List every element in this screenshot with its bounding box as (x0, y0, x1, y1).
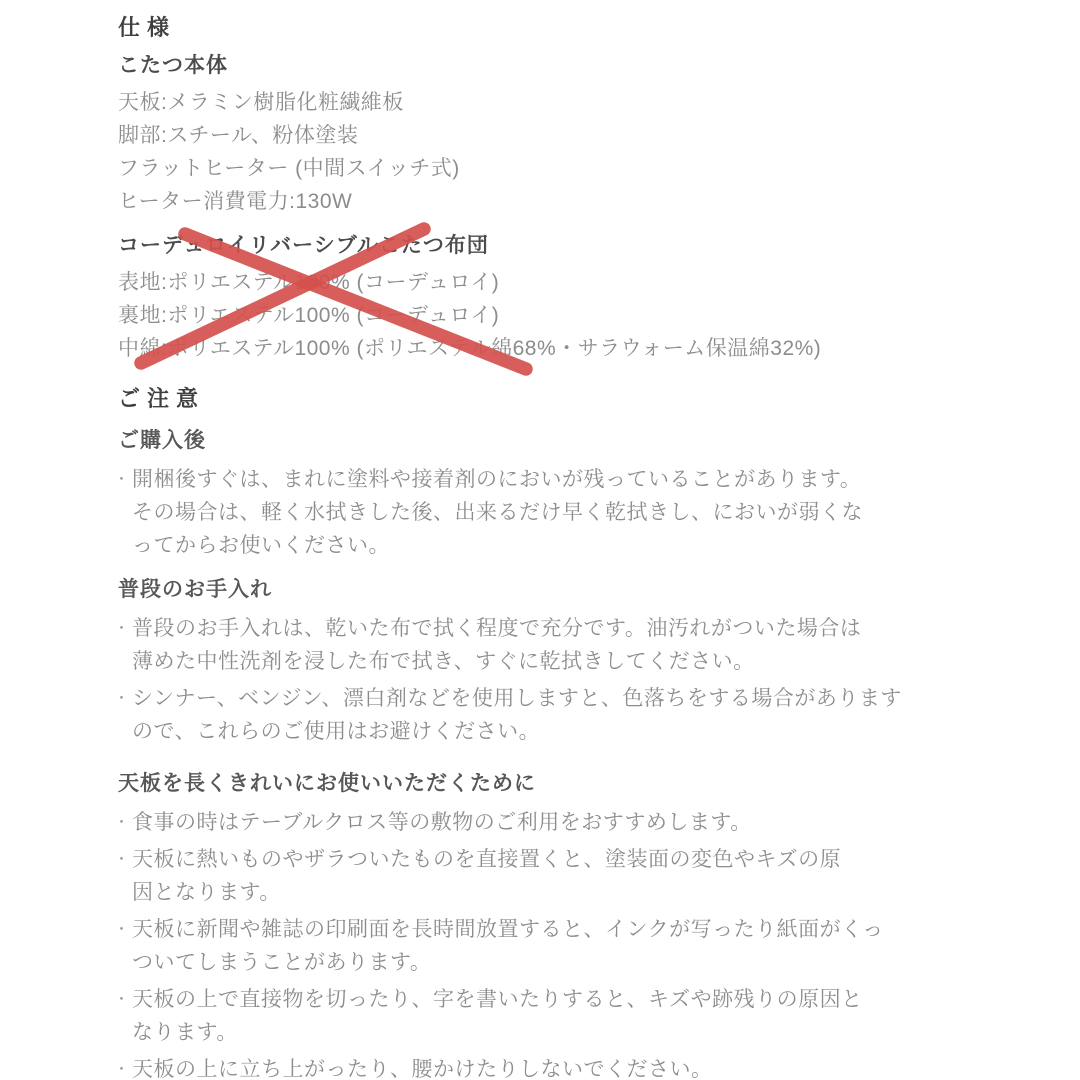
notice-title: ご注意 (118, 385, 1020, 413)
daily-care-heading: 普段のお手入れ (118, 576, 1020, 604)
bullet-text: 普段のお手入れは、乾いた布で拭く程度で充分です。油汚れがついた場合は (132, 612, 1020, 645)
spec-section-futon: コーデュロイリバーシブルこたつ布団 表地:ポリエステル100% (コーデュロイ)… (118, 232, 1020, 365)
list-item: ・ シンナー、ベンジン、漂白剤などを使用しますと、色落ちをする場合があります の… (118, 682, 1020, 748)
bullet-text: 食事の時はテーブルクロス等の敷物のご利用をおすすめします。 (132, 806, 1020, 839)
bullet-text: 開梱後すぐは、まれに塗料や接着剤のにおいが残っていることがあります。 (132, 463, 1020, 496)
list-item: ・ 食事の時はテーブルクロス等の敷物のご利用をおすすめします。 (118, 806, 1020, 839)
futon-heading: コーデュロイリバーシブルこたつ布団 (118, 232, 1020, 260)
notice-group-after-purchase: ご購入後 ・ 開梱後すぐは、まれに塗料や接着剤のにおいが残っていることがあります… (118, 427, 1020, 562)
list-item: ・ 開梱後すぐは、まれに塗料や接着剤のにおいが残っていることがあります。 その場… (118, 463, 1020, 562)
bullet-text: なります。 (132, 1016, 1020, 1049)
futon-spec-lines: 表地:ポリエステル100% (コーデュロイ) 裏地:ポリエステル100% (コー… (118, 266, 1020, 365)
bullet-text: 因となります。 (132, 876, 1020, 909)
bullet-text: ってからお使いください。 (132, 529, 1020, 562)
daily-care-bullets: ・ 普段のお手入れは、乾いた布で拭く程度で充分です。油汚れがついた場合は 薄めた… (118, 612, 1020, 748)
spec-line-ura: 裏地:ポリエステル100% (コーデュロイ) (118, 299, 1020, 332)
bullet-text: 天板に熱いものやザラついたものを直接置くと、塗装面の変色やキズの原 (132, 843, 1020, 876)
spec-line-wattage: ヒーター消費電力:130W (118, 185, 1020, 218)
after-purchase-heading: ご購入後 (118, 427, 1020, 455)
bullet-dot-icon: ・ (114, 682, 128, 715)
kotatsu-body-spec-lines: 天板:メラミン樹脂化粧繊維板 脚部:スチール、粉体塗装 フラットヒーター (中間… (118, 86, 1020, 218)
bullet-dot-icon: ・ (114, 463, 128, 496)
bullet-dot-icon: ・ (114, 843, 128, 876)
list-item: ・ 天板の上で直接物を切ったり、字を書いたりすると、キズや跡残りの原因と なりま… (118, 983, 1020, 1049)
list-item: ・ 天板に熱いものやザラついたものを直接置くと、塗装面の変色やキズの原 因となり… (118, 843, 1020, 909)
notice-group-daily-care: 普段のお手入れ ・ 普段のお手入れは、乾いた布で拭く程度で充分です。油汚れがつい… (118, 576, 1020, 748)
kotatsu-body-heading: こたつ本体 (118, 52, 1020, 80)
spec-line-tenban: 天板:メラミン樹脂化粧繊維板 (118, 86, 1020, 119)
bullet-dot-icon: ・ (114, 806, 128, 839)
notice-group-tabletop-care: 天板を長くきれいにお使いいただくために ・ 食事の時はテーブルクロス等の敷物のご… (118, 770, 1020, 1080)
bullet-text: その場合は、軽く水拭きした後、出来るだけ早く乾拭きし、においが弱くな (132, 496, 1020, 529)
product-spec-document: 仕様 こたつ本体 天板:メラミン樹脂化粧繊維板 脚部:スチール、粉体塗装 フラッ… (0, 0, 1080, 1080)
bullet-dot-icon: ・ (114, 983, 128, 1016)
bullet-dot-icon: ・ (114, 612, 128, 645)
bullet-text: シンナー、ベンジン、漂白剤などを使用しますと、色落ちをする場合があります (132, 682, 1020, 715)
bullet-dot-icon: ・ (114, 913, 128, 946)
list-item: ・ 天板の上に立ち上がったり、腰かけたりしないでください。 (118, 1053, 1020, 1080)
spec-line-heater: フラットヒーター (中間スイッチ式) (118, 152, 1020, 185)
spec-section-kotatsu-body: こたつ本体 天板:メラミン樹脂化粧繊維板 脚部:スチール、粉体塗装 フラットヒー… (118, 52, 1020, 218)
list-item: ・ 普段のお手入れは、乾いた布で拭く程度で充分です。油汚れがついた場合は 薄めた… (118, 612, 1020, 678)
bullet-text: 天板の上で直接物を切ったり、字を書いたりすると、キズや跡残りの原因と (132, 983, 1020, 1016)
list-item: ・ 天板に新聞や雑誌の印刷面を長時間放置すると、インクが写ったり紙面がくっ つい… (118, 913, 1020, 979)
tabletop-care-heading: 天板を長くきれいにお使いいただくために (118, 770, 1020, 798)
spec-line-nakawata: 中綿:ポリエステル100% (ポリエステル綿68%・サラウォーム保温綿32%) (118, 332, 1020, 365)
bullet-text: 天板の上に立ち上がったり、腰かけたりしないでください。 (132, 1053, 1020, 1080)
after-purchase-bullets: ・ 開梱後すぐは、まれに塗料や接着剤のにおいが残っていることがあります。 その場… (118, 463, 1020, 562)
spec-line-kyakubu: 脚部:スチール、粉体塗装 (118, 119, 1020, 152)
tabletop-care-bullets: ・ 食事の時はテーブルクロス等の敷物のご利用をおすすめします。 ・ 天板に熱いも… (118, 806, 1020, 1080)
bullet-text: 天板に新聞や雑誌の印刷面を長時間放置すると、インクが写ったり紙面がくっ (132, 913, 1020, 946)
bullet-text: 薄めた中性洗剤を浸した布で拭き、すぐに乾拭きしてください。 (132, 645, 1020, 678)
spec-line-omote: 表地:ポリエステル100% (コーデュロイ) (118, 266, 1020, 299)
spec-title: 仕様 (118, 14, 1020, 42)
bullet-text: ので、これらのご使用はお避けください。 (132, 715, 1020, 748)
bullet-text: ついてしまうことがあります。 (132, 946, 1020, 979)
bullet-dot-icon: ・ (114, 1053, 128, 1080)
